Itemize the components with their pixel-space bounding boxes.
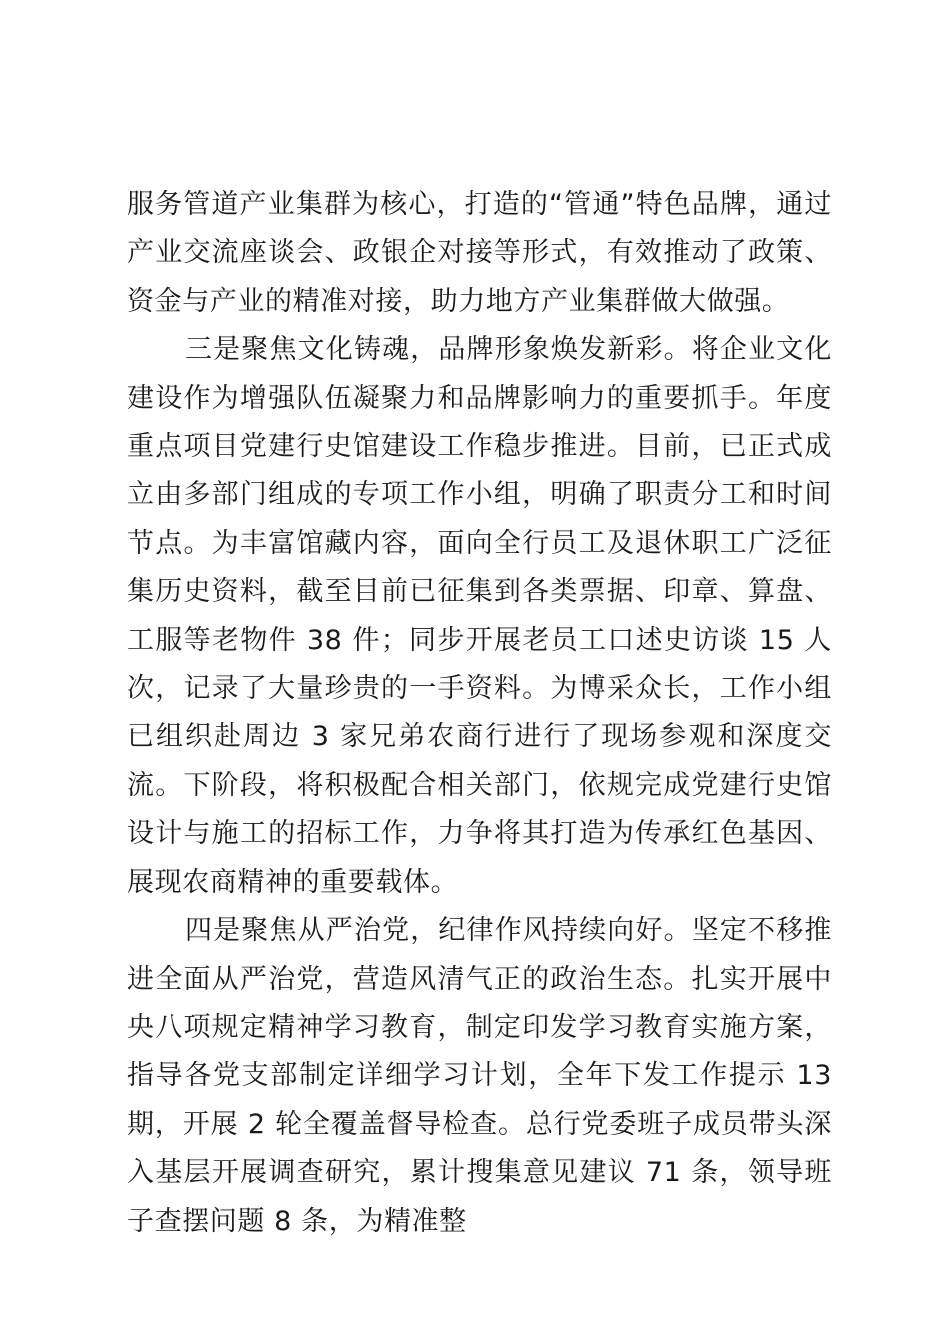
paragraph-continuation: 服务管道产业集群为核心，打造的“管通”特色品牌，通过产业交流座谈会、政银企对接等… [127, 181, 832, 326]
paragraph-culture: 三是聚焦文化铸魂，品牌形象焕发新彩。将企业文化建设作为增强队伍凝聚力和品牌影响力… [127, 326, 832, 907]
document-page: 服务管道产业集群为核心，打造的“管通”特色品牌，通过产业交流座谈会、政银企对接等… [0, 0, 950, 1344]
paragraph-party-discipline: 四是聚焦从严治党，纪律作风持续向好。坚定不移推进全面从严治党，营造风清气正的政治… [127, 907, 832, 1246]
document-body: 服务管道产业集群为核心，打造的“管通”特色品牌，通过产业交流座谈会、政银企对接等… [127, 181, 832, 1246]
